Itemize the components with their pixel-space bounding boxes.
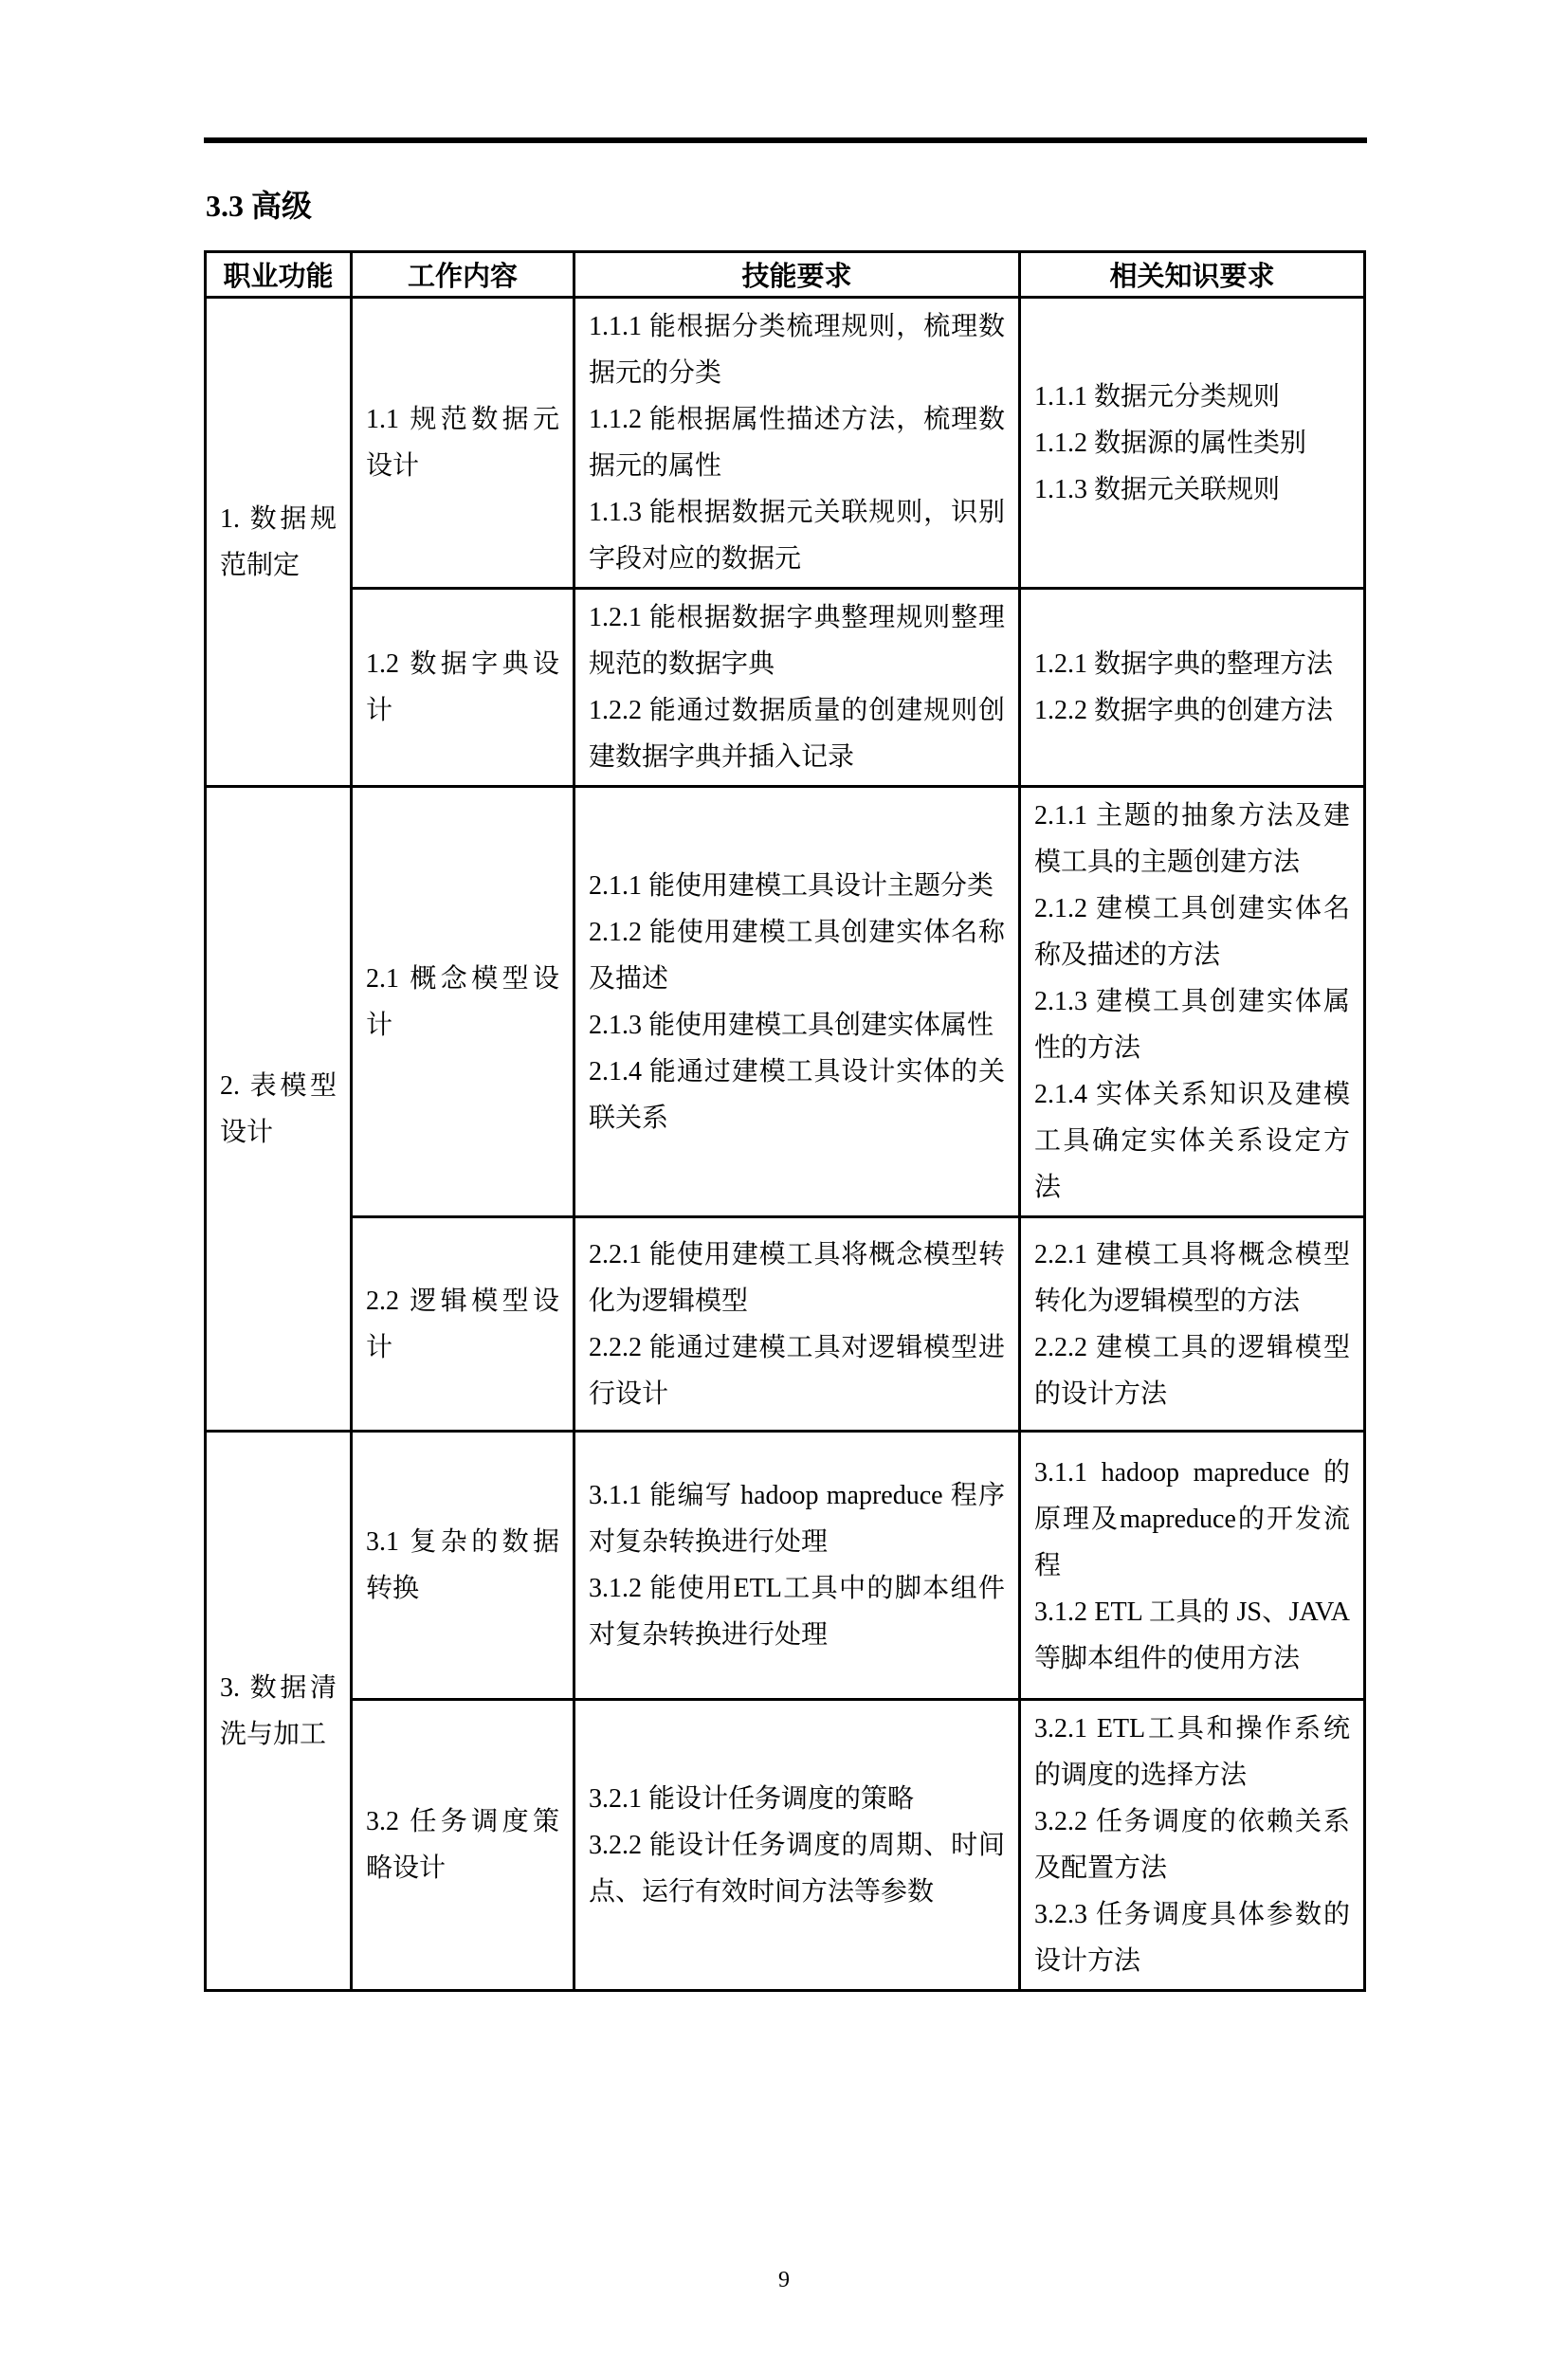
skill-item: 3.1.2 能使用ETL工具中的脚本组件对复杂转换进行处理 xyxy=(589,1565,1005,1658)
skill-item: 2.1.4 能通过建模工具设计实体的关联关系 xyxy=(589,1049,1005,1141)
table-row: 2. 表模型设计 2.1 概念模型设计 2.1.1 能使用建模工具设计主题分类 … xyxy=(206,787,1365,1217)
function-cell: 1. 数据规范制定 xyxy=(206,298,352,787)
work-cell: 2.2 逻辑模型设计 xyxy=(352,1217,574,1432)
skills-cell: 3.2.1 能设计任务调度的策略 3.2.2 能设计任务调度的周期、时间点、运行… xyxy=(574,1700,1020,1991)
skill-item: 2.1.1 能使用建模工具设计主题分类 xyxy=(589,863,1005,909)
knowledge-cell: 2.1.1 主题的抽象方法及建模工具的主题创建方法 2.1.2 建模工具创建实体… xyxy=(1020,787,1365,1217)
skill-item: 2.1.2 能使用建模工具创建实体名称及描述 xyxy=(589,909,1005,1002)
knowledge-item: 1.1.2 数据源的属性类别 xyxy=(1034,420,1350,466)
col-header-work: 工作内容 xyxy=(352,252,574,298)
knowledge-cell: 1.2.1 数据字典的整理方法 1.2.2 数据字典的创建方法 xyxy=(1020,589,1365,787)
table-row: 3. 数据清洗与加工 3.1 复杂的数据转换 3.1.1 能编写 hadoop … xyxy=(206,1432,1365,1700)
function-cell: 2. 表模型设计 xyxy=(206,787,352,1432)
skill-item: 1.2.1 能根据数据字典整理规则整理规范的数据字典 xyxy=(589,594,1005,687)
col-header-knowledge: 相关知识要求 xyxy=(1020,252,1365,298)
skill-item: 2.2.2 能通过建模工具对逻辑模型进行设计 xyxy=(589,1324,1005,1417)
skill-item: 3.1.1 能编写 hadoop mapreduce 程序对复杂转换进行处理 xyxy=(589,1472,1005,1565)
skill-item: 1.1.2 能根据属性描述方法，梳理数据元的属性 xyxy=(589,396,1005,489)
table-row: 1. 数据规范制定 1.1 规范数据元设计 1.1.1 能根据分类梳理规则，梳理… xyxy=(206,298,1365,589)
work-cell: 2.1 概念模型设计 xyxy=(352,787,574,1217)
knowledge-cell: 2.2.1 建模工具将概念模型转化为逻辑模型的方法 2.2.2 建模工具的逻辑模… xyxy=(1020,1217,1365,1432)
page-number: 9 xyxy=(0,2266,1568,2294)
col-header-skills: 技能要求 xyxy=(574,252,1020,298)
table-row: 3.2 任务调度策略设计 3.2.1 能设计任务调度的策略 3.2.2 能设计任… xyxy=(206,1700,1365,1991)
knowledge-item: 1.2.2 数据字典的创建方法 xyxy=(1034,687,1350,734)
knowledge-item: 3.2.1 ETL工具和操作系统的调度的选择方法 xyxy=(1034,1706,1350,1798)
knowledge-cell: 1.1.1 数据元分类规则 1.1.2 数据源的属性类别 1.1.3 数据元关联… xyxy=(1020,298,1365,589)
knowledge-item: 3.1.1 hadoop mapreduce 的原理及mapreduce的开发流… xyxy=(1034,1450,1350,1589)
knowledge-cell: 3.1.1 hadoop mapreduce 的原理及mapreduce的开发流… xyxy=(1020,1432,1365,1700)
knowledge-item: 3.1.2 ETL 工具的 JS、JAVA等脚本组件的使用方法 xyxy=(1034,1589,1350,1682)
section-heading: 3.3 高级 xyxy=(206,185,1367,228)
knowledge-item: 2.1.1 主题的抽象方法及建模工具的主题创建方法 xyxy=(1034,793,1350,885)
table-row: 1.2 数据字典设计 1.2.1 能根据数据字典整理规则整理规范的数据字典 1.… xyxy=(206,589,1365,787)
document-page: { "page": { "heading": "3.3 高级", "page_n… xyxy=(0,137,1568,2355)
page-content: 3.3 高级 职业功能 工作内容 技能要求 相关知识要求 1. 数据规范制定 1… xyxy=(204,137,1367,1992)
col-header-function: 职业功能 xyxy=(206,252,352,298)
skills-cell: 1.1.1 能根据分类梳理规则，梳理数据元的分类 1.1.2 能根据属性描述方法… xyxy=(574,298,1020,589)
skill-item: 1.1.3 能根据数据元关联规则，识别字段对应的数据元 xyxy=(589,489,1005,582)
work-cell: 3.2 任务调度策略设计 xyxy=(352,1700,574,1991)
knowledge-item: 2.2.2 建模工具的逻辑模型的设计方法 xyxy=(1034,1324,1350,1417)
skill-requirements-table: 职业功能 工作内容 技能要求 相关知识要求 1. 数据规范制定 1.1 规范数据… xyxy=(204,250,1366,1992)
skill-item: 1.1.1 能根据分类梳理规则，梳理数据元的分类 xyxy=(589,303,1005,396)
work-cell: 1.2 数据字典设计 xyxy=(352,589,574,787)
knowledge-item: 3.2.3 任务调度具体参数的设计方法 xyxy=(1034,1891,1350,1984)
knowledge-item: 1.1.1 数据元分类规则 xyxy=(1034,374,1350,420)
knowledge-item: 2.1.3 建模工具创建实体属性的方法 xyxy=(1034,978,1350,1071)
skill-item: 3.2.1 能设计任务调度的策略 xyxy=(589,1776,1005,1822)
work-cell: 1.1 规范数据元设计 xyxy=(352,298,574,589)
skills-cell: 3.1.1 能编写 hadoop mapreduce 程序对复杂转换进行处理 3… xyxy=(574,1432,1020,1700)
knowledge-item: 1.1.3 数据元关联规则 xyxy=(1034,466,1350,513)
table-row: 2.2 逻辑模型设计 2.2.1 能使用建模工具将概念模型转化为逻辑模型 2.2… xyxy=(206,1217,1365,1432)
knowledge-item: 2.1.4 实体关系知识及建模工具确定实体关系设定方法 xyxy=(1034,1071,1350,1211)
skill-item: 2.2.1 能使用建模工具将概念模型转化为逻辑模型 xyxy=(589,1232,1005,1324)
skills-cell: 2.2.1 能使用建模工具将概念模型转化为逻辑模型 2.2.2 能通过建模工具对… xyxy=(574,1217,1020,1432)
skills-cell: 1.2.1 能根据数据字典整理规则整理规范的数据字典 1.2.2 能通过数据质量… xyxy=(574,589,1020,787)
knowledge-item: 1.2.1 数据字典的整理方法 xyxy=(1034,641,1350,687)
table-header-row: 职业功能 工作内容 技能要求 相关知识要求 xyxy=(206,252,1365,298)
knowledge-item: 3.2.2 任务调度的依赖关系及配置方法 xyxy=(1034,1798,1350,1891)
skills-cell: 2.1.1 能使用建模工具设计主题分类 2.1.2 能使用建模工具创建实体名称及… xyxy=(574,787,1020,1217)
knowledge-item: 2.1.2 建模工具创建实体名称及描述的方法 xyxy=(1034,885,1350,978)
header-rule xyxy=(204,137,1367,143)
skill-item: 3.2.2 能设计任务调度的周期、时间点、运行有效时间方法等参数 xyxy=(589,1822,1005,1915)
knowledge-cell: 3.2.1 ETL工具和操作系统的调度的选择方法 3.2.2 任务调度的依赖关系… xyxy=(1020,1700,1365,1991)
knowledge-item: 2.2.1 建模工具将概念模型转化为逻辑模型的方法 xyxy=(1034,1232,1350,1324)
skill-item: 1.2.2 能通过数据质量的创建规则创建数据字典并插入记录 xyxy=(589,687,1005,780)
work-cell: 3.1 复杂的数据转换 xyxy=(352,1432,574,1700)
skill-item: 2.1.3 能使用建模工具创建实体属性 xyxy=(589,1002,1005,1049)
function-cell: 3. 数据清洗与加工 xyxy=(206,1432,352,1991)
